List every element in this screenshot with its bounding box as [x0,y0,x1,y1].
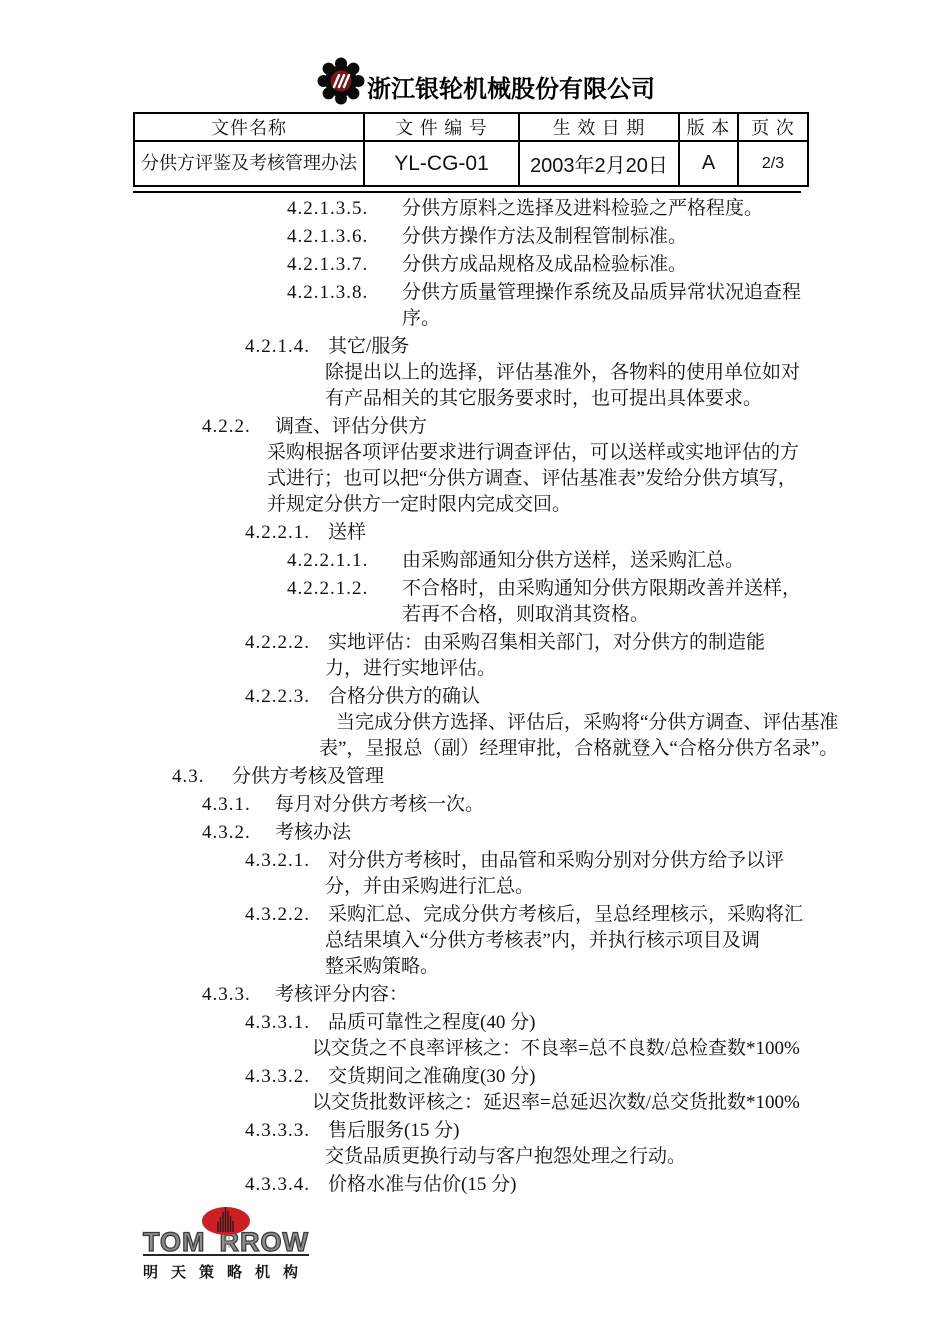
doc-line: 序。 [402,306,833,332]
doc-line: 有产品相关的其它服务要求时，也可提出具体要求。 [325,386,833,412]
doc-line: 4.2.2.2.实地评估：由采购召集相关部门，对分供方的制造能 [245,630,833,656]
doc-line: 4.3.3.1.品质可靠性之程度(40 分) [245,1010,833,1036]
clause-text: 序。 [402,308,440,329]
document-page: 浙江银轮机械股份有限公司 文件名称 文 件 编 号 生 效 日 期 版 本 页 … [0,0,950,1344]
document-body: 4.2.1.3.5.分供方原料之选择及进料检验之严格程度。4.2.1.3.6.分… [133,196,833,1198]
clause-number: 4.3. [172,764,232,790]
clause-number: 4.3.1. [202,792,275,818]
clause-number: 4.3.2.2. [245,902,328,928]
document-code: YL-CG-01 [364,141,519,186]
header-divider-rule [133,191,801,193]
info-table-data-row: 分供方评鉴及考核管理办法 YL-CG-01 2003年2月20日 A 2/3 [134,141,808,186]
clause-number: 4.2.2.3. [245,684,328,710]
doc-line: 交货品质更换行动与客户抱怨处理之行动。 [325,1144,833,1170]
doc-line: 表”，呈报总（副）经理审批，合格就登入“合格分供方名录”。 [319,736,833,762]
clause-number: 4.2.1.3.6. [287,224,402,250]
effective-date: 2003年2月20日 [519,141,679,186]
clause-text: 并规定分供方一定时限内完成交回。 [267,494,571,515]
clause-number: 4.2.1.3.7. [287,252,402,278]
clause-number: 4.2.2.1.1. [287,548,402,574]
tomorrow-tagline: 明天策略机构 [143,1261,309,1282]
version-value: A [679,141,738,186]
clause-text: 实地评估：由采购召集相关部门，对分供方的制造能 [328,632,765,653]
clause-text: 对分供方考核时，由品管和采购分别对分供方给予以评 [328,850,784,871]
clause-number: 4.2.2.2. [245,630,328,656]
clause-number: 4.3.3.4. [245,1172,328,1198]
clause-text: 交货期间之准确度(30 分) [328,1066,535,1087]
doc-line: 式进行；也可以把“分供方调查、评估基准表”发给分供方填写， [267,466,833,492]
clause-text: 价格水准与估价(15 分) [328,1174,516,1195]
clause-text: 若再不合格，则取消其资格。 [402,604,649,625]
doc-line: 4.3.2.1.对分供方考核时，由品管和采购分别对分供方给予以评 [245,848,833,874]
doc-line: 4.2.1.3.6.分供方操作方法及制程管制标准。 [287,224,833,250]
doc-line: 4.3.3.考核评分内容： [202,982,833,1008]
clause-text: 交货品质更换行动与客户抱怨处理之行动。 [325,1146,686,1167]
doc-line: 除提出以上的选择，评估基准外，各物料的使用单位如对 [325,360,833,386]
doc-line: 当完成分供方选择、评估后，采购将“分供方调查、评估基准 [336,710,833,736]
header-version: 版 本 [679,113,738,141]
document-title: 分供方评鉴及考核管理办法 [134,141,364,186]
clause-text: 表”，呈报总（副）经理审批，合格就登入“合格分供方名录”。 [319,738,838,759]
doc-line: 4.2.1.3.7.分供方成品规格及成品检验标准。 [287,252,833,278]
doc-line: 4.3.2.2.采购汇总、完成分供方考核后，呈总经理核示，采购将汇 [245,902,833,928]
doc-line: 4.2.1.3.5.分供方原料之选择及进料检验之严格程度。 [287,196,833,222]
clause-text: 分供方原料之选择及进料检验之严格程度。 [402,198,763,219]
document-info-table: 文件名称 文 件 编 号 生 效 日 期 版 本 页 次 分供方评鉴及考核管理办… [133,112,809,187]
clause-number: 4.3.2.1. [245,848,328,874]
clause-number: 4.2.2.1. [245,520,328,546]
doc-line: 分，并由采购进行汇总。 [325,874,833,900]
brand-header: 浙江银轮机械股份有限公司 [316,56,655,106]
doc-line: 4.3.3.4.价格水准与估价(15 分) [245,1172,833,1198]
doc-line: 4.2.2.1.送样 [245,520,833,546]
clause-number: 4.2.2. [202,414,275,440]
info-table-header-row: 文件名称 文 件 编 号 生 效 日 期 版 本 页 次 [134,113,808,141]
clause-number: 4.3.3.2. [245,1064,328,1090]
doc-line: 4.2.2.1.2.不合格时，由采购通知分供方限期改善并送样， [287,576,833,602]
doc-line: 4.3.3.2.交货期间之准确度(30 分) [245,1064,833,1090]
clause-number: 4.2.1.3.5. [287,196,402,222]
clause-number: 4.2.1.3.8. [287,280,402,306]
clause-text: 以交货批数评核之：延迟率=总延迟次数/总交货批数*100% [312,1092,800,1113]
clause-text: 式进行；也可以把“分供方调查、评估基准表”发给分供方填写， [267,468,797,489]
doc-line: 4.2.1.3.8.分供方质量管理操作系统及品质异常状况追查程 [287,280,833,306]
doc-line: 4.3.1.每月对分供方考核一次。 [202,792,833,818]
clause-text: 考核办法 [275,822,351,843]
page-number: 2/3 [738,141,808,186]
clause-number: 4.3.2. [202,820,275,846]
clause-text: 每月对分供方考核一次。 [275,794,484,815]
clause-text: 合格分供方的确认 [328,686,480,707]
clause-number: 4.3.3.1. [245,1010,328,1036]
clause-text: 当完成分供方选择、评估后，采购将“分供方调查、评估基准 [336,712,838,733]
clause-number: 4.3.3. [202,982,275,1008]
clause-text: 调查、评估分供方 [275,416,427,437]
tomorrow-word-left: TOM [143,1231,206,1254]
clause-text: 品质可靠性之程度(40 分) [328,1012,535,1033]
clause-text: 考核评分内容： [275,984,408,1005]
header-file-code: 文 件 编 号 [364,113,519,141]
doc-line: 以交货批数评核之：延迟率=总延迟次数/总交货批数*100% [312,1090,833,1116]
clause-text: 售后服务(15 分) [328,1120,459,1141]
clause-text: 力，进行实地评估。 [325,658,496,679]
clause-text: 有产品相关的其它服务要求时，也可提出具体要求。 [325,388,762,409]
doc-line: 4.3.3.3.售后服务(15 分) [245,1118,833,1144]
clause-text: 分，并由采购进行汇总。 [325,876,534,897]
clause-text: 分供方操作方法及制程管制标准。 [402,226,687,247]
doc-line: 4.2.1.4.其它/服务 [245,334,833,360]
clause-text: 送样 [328,522,366,543]
header-effect-date: 生 效 日 期 [519,113,679,141]
company-name: 浙江银轮机械股份有限公司 [367,78,655,106]
doc-line: 采购根据各项评估要求进行调查评估，可以送样或实地评估的方 [267,440,833,466]
clause-text: 分供方考核及管理 [232,766,384,787]
doc-line: 4.2.2.3.合格分供方的确认 [245,684,833,710]
clause-text: 整采购策略。 [325,956,439,977]
doc-line: 4.3.分供方考核及管理 [172,764,833,790]
doc-line: 4.2.2.1.1.由采购部通知分供方送样，送采购汇总。 [287,548,833,574]
clause-text: 其它/服务 [328,336,409,357]
doc-line: 并规定分供方一定时限内完成交回。 [267,492,833,518]
doc-line: 4.2.2.调查、评估分供方 [202,414,833,440]
clause-number: 4.2.2.1.2. [287,576,402,602]
tomorrow-logo: TOM RROW 明天策略机构 [143,1210,309,1282]
doc-line: 若再不合格，则取消其资格。 [402,602,833,628]
doc-line: 力，进行实地评估。 [325,656,833,682]
clause-text: 采购根据各项评估要求进行调查评估，可以送样或实地评估的方 [267,442,799,463]
clause-text: 总结果填入“分供方考核表”内，并执行核示项目及调 [325,930,760,951]
clause-text: 以交货之不良率评核之：不良率=总不良数/总检查数*100% [312,1038,800,1059]
clause-text: 由采购部通知分供方送样，送采购汇总。 [402,550,744,571]
clause-number: 4.2.1.4. [245,334,328,360]
tomorrow-wordmark: TOM RROW [143,1210,309,1256]
clause-text: 分供方质量管理操作系统及品质异常状况追查程 [402,282,801,303]
doc-line: 整采购策略。 [325,954,833,980]
header-file-name: 文件名称 [134,113,364,141]
header-page: 页 次 [738,113,808,141]
clause-text: 除提出以上的选择，评估基准外，各物料的使用单位如对 [325,362,800,383]
clause-text: 分供方成品规格及成品检验标准。 [402,254,687,275]
yinlun-gear-logo-icon [316,56,366,106]
doc-line: 总结果填入“分供方考核表”内，并执行核示项目及调 [325,928,833,954]
doc-line: 以交货之不良率评核之：不良率=总不良数/总检查数*100% [312,1036,833,1062]
tomorrow-sun-tower-icon [199,1204,253,1254]
clause-text: 采购汇总、完成分供方考核后，呈总经理核示，采购将汇 [328,904,803,925]
doc-line: 4.3.2.考核办法 [202,820,833,846]
clause-number: 4.3.3.3. [245,1118,328,1144]
clause-text: 不合格时，由采购通知分供方限期改善并送样， [402,578,801,599]
